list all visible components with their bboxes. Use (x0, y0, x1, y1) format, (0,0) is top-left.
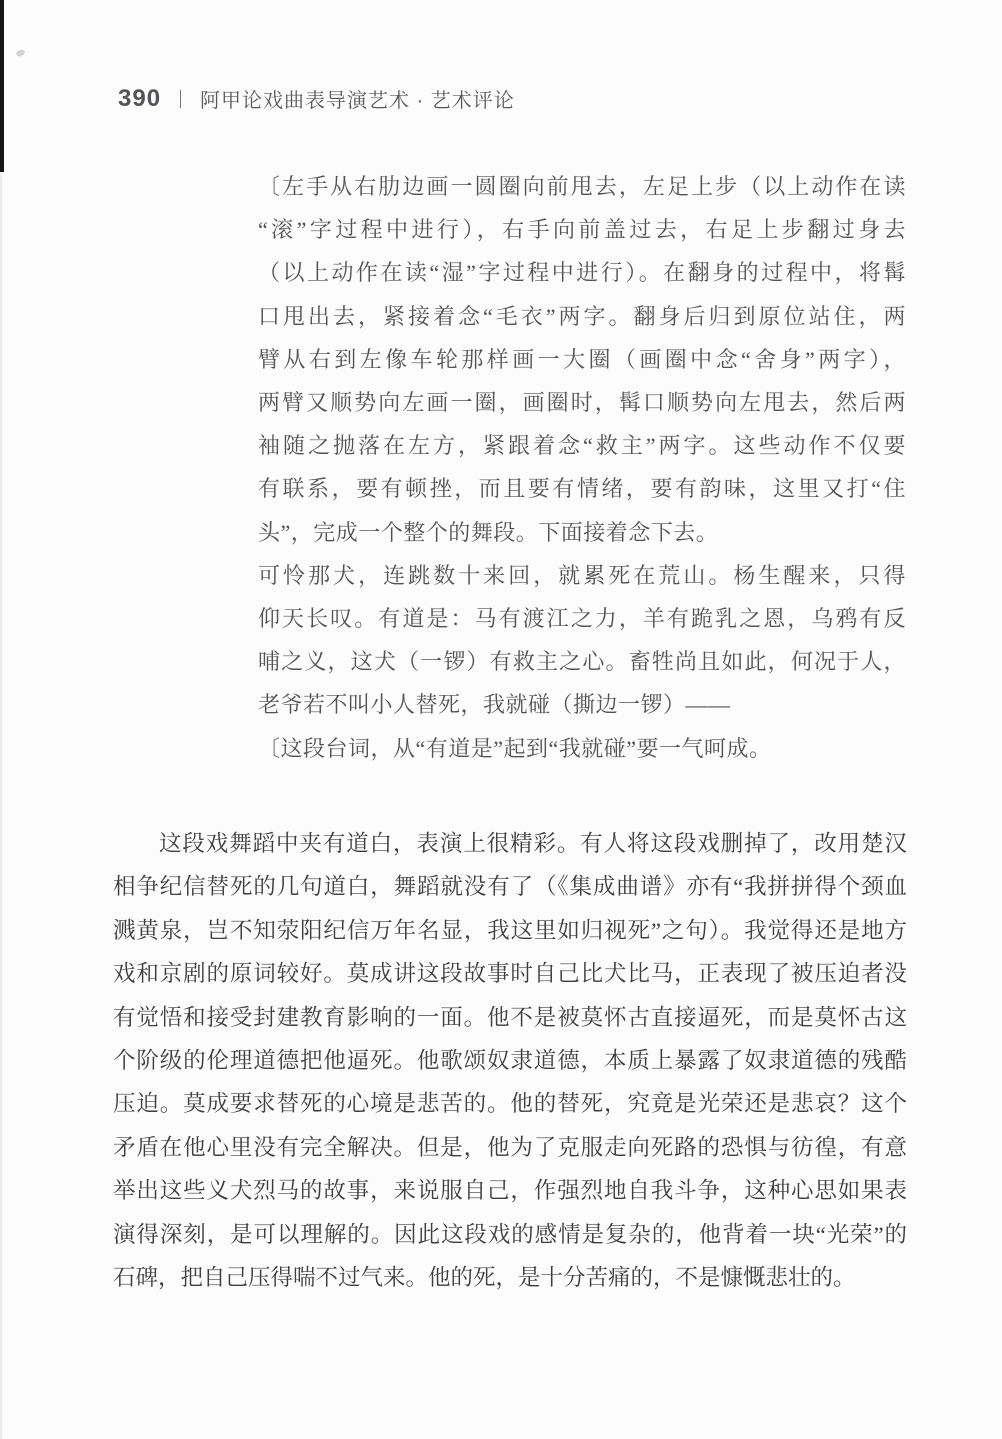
quote-line: 〔这段台词，从“有道是”起到“我就碰”要一气呵成。 (258, 727, 906, 770)
quote-line: 臂从右到左像车轮那样画一大圈（画圈中念“舍身”两字）， (258, 338, 906, 381)
body-line: 矛盾在他心里没有完全解决。但是，他为了克服走向死路的恐惧与彷徨，有意 (113, 1126, 907, 1169)
quote-line: “滚”字过程中进行），右手向前盖过去，右足上步翻过身去 (258, 208, 906, 251)
scan-speck (15, 49, 26, 58)
body-line: 相争纪信替死的几句道白，舞蹈就没有了（《集成曲谱》亦有“我拼拼得个颈血 (113, 865, 907, 908)
quote-line: 老爷若不叫小人替死，我就碰（撕边一锣）—— (258, 683, 906, 726)
scan-edge-artifact (0, 0, 4, 172)
quote-line: （以上动作在读“湿”字过程中进行）。在翻身的过程中，将髯 (258, 251, 906, 294)
body-line: 个阶级的伦理道德把他逼死。他歌颂奴隶道德，本质上暴露了奴隶道德的残酷 (113, 1039, 907, 1082)
body-line: 石碑，把自己压得喘不过气来。他的死，是十分苦痛的，不是慷慨悲壮的。 (113, 1256, 907, 1299)
body-line: 有觉悟和接受封建教育影响的一面。他不是被莫怀古直接逼死，而是莫怀古这 (113, 996, 907, 1039)
quote-line: 仰天长叹。有道是：马有渡江之力，羊有跪乳之恩，乌鸦有反 (258, 597, 906, 640)
body-line: 演得深刻，是可以理解的。因此这段戏的感情是复杂的，他背着一块“光荣”的 (113, 1213, 907, 1256)
body-line: 溅黄泉，岂不知荥阳纪信万年名显，我这里如归视死”之句）。我觉得还是地方 (113, 909, 907, 952)
quote-line: 哺之义，这犬（一锣）有救主之心。畜牲尚且如此，何况于人， (258, 640, 906, 683)
header-divider: | (179, 88, 182, 110)
quote-line: 有联系，要有顿挫，而且要有情绪，要有韵味，这里又打“住 (258, 467, 906, 510)
page-number: 390 (118, 85, 161, 113)
quote-line: 袖随之抛落在左方，紧跟着念“救主”两字。这些动作不仅要 (258, 424, 906, 467)
book-page: 390 | 阿甲论戏曲表导演艺术 · 艺术评论 〔左手从右肋边画一圆圈向前甩去，… (0, 0, 1002, 1439)
stage-direction-block: 〔左手从右肋边画一圆圈向前甩去，左足上步（以上动作在读 “滚”字过程中进行），右… (258, 165, 906, 770)
quote-line: 头”，完成一个整个的舞段。下面接着念下去。 (258, 511, 906, 554)
running-title: 阿甲论戏曲表导演艺术 · 艺术评论 (200, 84, 515, 113)
quote-line: 可怜那犬，连跳数十来回，就累死在荒山。杨生醒来，只得 (258, 554, 906, 597)
scan-edge-line (0, 0, 2, 1439)
quote-line: 口甩出去，紧接着念“毛衣”两字。翻身后归到原位站住，两 (258, 295, 906, 338)
body-line: 压迫。莫成要求替死的心境是悲苦的。他的替死，究竟是光荣还是悲哀？这个 (113, 1082, 907, 1125)
body-line: 戏和京剧的原词较好。莫成讲这段故事时自己比犬比马，正表现了被压迫者没 (113, 952, 907, 995)
running-header: 390 | 阿甲论戏曲表导演艺术 · 艺术评论 (118, 84, 515, 113)
body-line: 这段戏舞蹈中夹有道白，表演上很精彩。有人将这段戏删掉了，改用楚汉 (113, 822, 907, 865)
body-line: 举出这些义犬烈马的故事，来说服自己，作强烈地自我斗争，这种心思如果表 (113, 1169, 907, 1212)
quote-line: 两臂又顺势向左画一圈，画圈时，髯口顺势向左甩去，然后两 (258, 381, 906, 424)
quote-line: 〔左手从右肋边画一圆圈向前甩去，左足上步（以上动作在读 (258, 165, 906, 208)
commentary-paragraph: 这段戏舞蹈中夹有道白，表演上很精彩。有人将这段戏删掉了，改用楚汉 相争纪信替死的… (113, 822, 907, 1299)
